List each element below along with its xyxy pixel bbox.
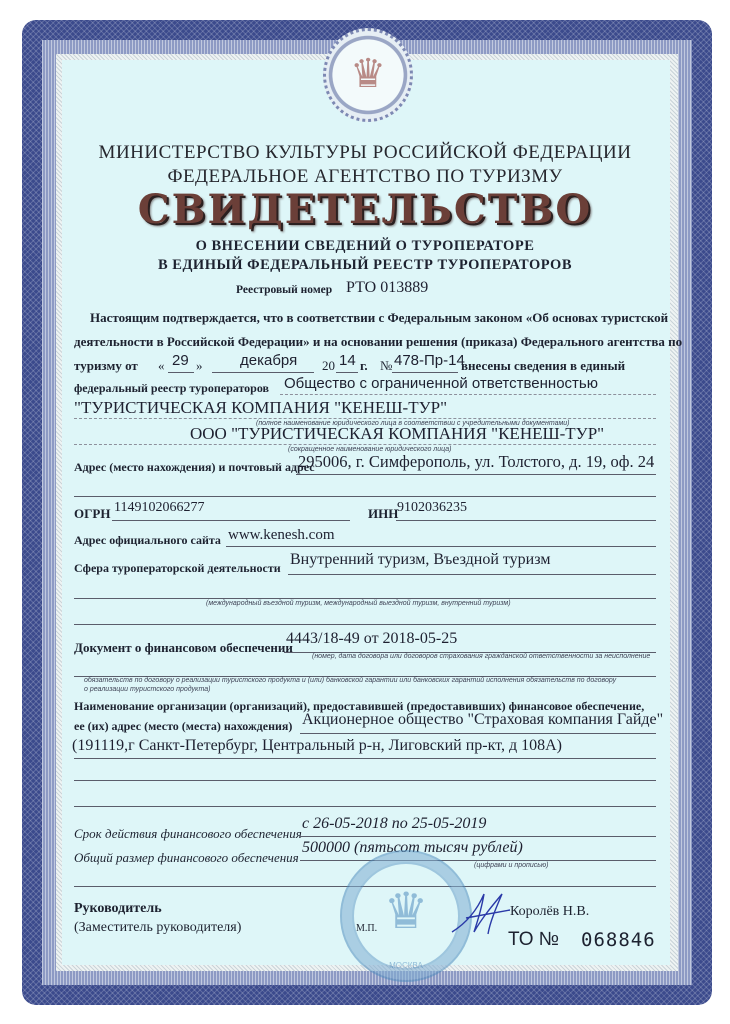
registry-number-value: РТО 013889 [346, 279, 428, 297]
subtitle-line-1: О ВНЕСЕНИИ СВЕДЕНИЙ О ТУРОПЕРАТОРЕ [0, 238, 730, 255]
ogrn-underline [112, 520, 350, 521]
order-underline [392, 372, 458, 373]
activity-underline-2 [74, 598, 656, 599]
year-prefix: 20 [322, 358, 335, 374]
provider-name: Акционерное общество "Страховая компания… [302, 711, 663, 729]
emblem-medallion: ♛ [323, 28, 413, 122]
finance-document-hint-1: (номер, дата договора или договоров стра… [312, 653, 650, 660]
inn-label: ИНН [368, 506, 398, 522]
subtitle-line-2: В ЕДИНЫЙ ФЕДЕРАЛЬНЫЙ РЕЕСТР ТУРОПЕРАТОРО… [0, 257, 730, 274]
registry-number-label: Реестровый номер [236, 284, 332, 296]
day-underline [168, 372, 194, 373]
provider-address: (191119,г Санкт-Петербург, Центральный р… [72, 737, 562, 755]
activity-label: Сфера туроператорской деятельности [74, 561, 281, 576]
blank-line-2 [74, 806, 656, 807]
amount-hint: (цифрами и прописью) [474, 862, 549, 869]
period-underline [300, 836, 656, 837]
serial-prefix: ТО № [508, 929, 559, 951]
amount-label: Общий размер финансового обеспечения [74, 850, 299, 866]
order-year: 14 [339, 352, 356, 369]
blank-line-1 [74, 780, 656, 781]
activity-value: Внутренний туризм, Въездной туризм [290, 551, 550, 569]
inn-value: 9102036235 [397, 500, 467, 516]
ogrn-value: 1149102066277 [114, 500, 204, 516]
name-underline-1 [280, 394, 656, 395]
amount-underline [300, 860, 656, 861]
website-value[interactable]: www.kenesh.com [228, 527, 335, 544]
name-underline-2 [74, 418, 656, 419]
serial-number: 068846 [581, 929, 656, 951]
signer-name: Королёв Н.В. [510, 904, 589, 920]
registry-label: федеральный реестр туроператоров [74, 381, 269, 396]
finance-document-value: 4443/18-49 от 2018-05-25 [286, 630, 457, 648]
provider-address-underline [74, 758, 656, 759]
company-full-name-line-2: "ТУРИСТИЧЕСКАЯ КОМПАНИЯ "КЕНЕШ-ТУР" [74, 398, 447, 418]
activity-hint: (международный въездной туризм, междунар… [206, 600, 511, 607]
short-name-underline [74, 444, 656, 445]
day-open-quote: « [158, 358, 165, 374]
finance-document-label: Документ о финансовом обеспечении [74, 640, 293, 656]
statement-line-1: Настоящим подтверждается, что в соответс… [90, 310, 668, 326]
russian-coat-of-arms-icon: ♛ [344, 47, 392, 103]
separator-line [74, 624, 656, 625]
seal-eagle-icon: ♛ [374, 882, 438, 940]
website-label: Адрес официального сайта [74, 533, 221, 548]
order-month: декабря [240, 352, 297, 369]
seal-city: МОСКВА [342, 961, 470, 970]
year-underline [336, 372, 358, 373]
signer-role-line-2: (Заместитель руководителя) [74, 920, 241, 936]
statement-line-2: деятельности в Российской Федерации» и н… [74, 334, 682, 350]
document-title: СВИДЕТЕЛЬСТВО [0, 186, 730, 233]
website-underline [226, 546, 656, 547]
seal-place-label: М.П. [356, 923, 377, 934]
provider-label-line-2: ее (их) адрес (место (места) нахождения) [74, 719, 292, 734]
address-underline [296, 474, 656, 475]
period-value: с 26-05-2018 по 25-05-2019 [302, 815, 486, 833]
address-label: Адрес (место нахождения) и почтовый адре… [74, 460, 315, 475]
order-number: 478-Пр-14 [394, 352, 465, 369]
activity-underline [288, 574, 656, 575]
day-close-quote: » [196, 358, 203, 374]
agency-heading: ФЕДЕРАЛЬНОЕ АГЕНТСТВО ПО ТУРИЗМУ [0, 166, 730, 188]
year-unit: г. [360, 358, 368, 374]
statement-prefix: туризму от [74, 358, 138, 374]
provider-underline [300, 733, 656, 734]
order-number-label: № [380, 358, 392, 374]
ministry-heading: МИНИСТЕРСТВО КУЛЬТУРЫ РОССИЙСКОЙ ФЕДЕРАЦ… [0, 142, 730, 164]
address-underline-2 [74, 496, 656, 497]
signer-role-line-1: Руководитель [74, 901, 162, 917]
month-underline [212, 372, 314, 373]
period-label: Срок действия финансового обеспечения [74, 826, 302, 842]
finance-document-hint-2: обязательств по договору о реализации ту… [84, 677, 616, 684]
company-address: 295006, г. Симферополь, ул. Толстого, д.… [298, 452, 654, 472]
finance-document-hint-3: о реализации туристского продукта) [84, 686, 210, 693]
company-short-name: ООО "ТУРИСТИЧЕСКАЯ КОМПАНИЯ "КЕНЕШ-ТУР" [190, 424, 604, 444]
order-day: 29 [172, 352, 189, 369]
ogrn-label: ОГРН [74, 506, 110, 522]
company-full-name-line-1: Общество с ограниченной ответственностью [284, 375, 598, 392]
inn-underline [396, 520, 656, 521]
statement-suffix: внесены сведения в единый [461, 358, 625, 374]
